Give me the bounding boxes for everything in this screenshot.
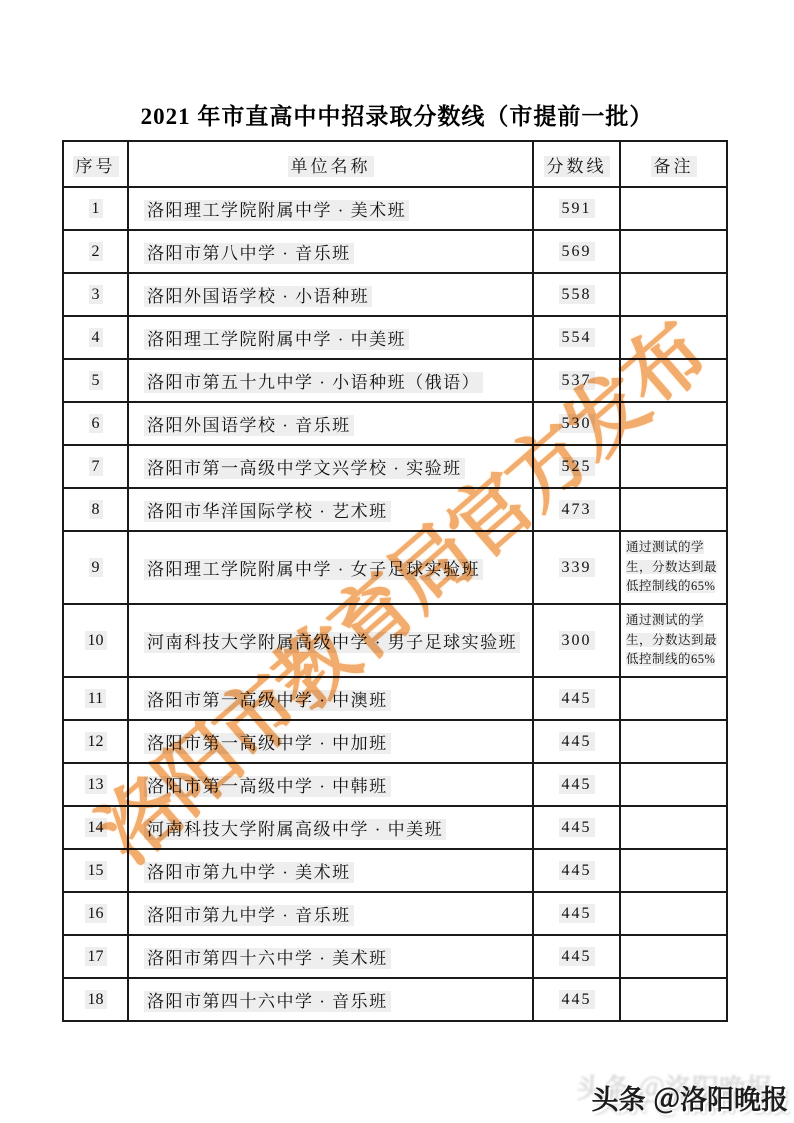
- table-row: 11洛阳市第一高级中学 · 中澳班445: [63, 677, 727, 720]
- cell-unit-name-text: 洛阳市第五十九中学 · 小语种班（俄语）: [144, 372, 483, 393]
- table-row: 13洛阳市第一高级中学 · 中韩班445: [63, 763, 727, 806]
- cell-serial-number: 15: [63, 849, 128, 892]
- cell-score-line-text: 445: [559, 990, 595, 1009]
- table-row: 14河南科技大学附属高级中学 · 中美班445: [63, 806, 727, 849]
- cell-unit-name-text: 洛阳市第八中学 · 音乐班: [144, 243, 354, 264]
- cell-unit-name-text: 洛阳外国语学校 · 小语种班: [144, 286, 372, 307]
- cell-remark-text: 通过测试的学生，分数达到最低控制线的65%: [626, 613, 717, 666]
- table-header: 序号 单位名称 分数线 备注: [63, 141, 727, 187]
- cell-serial-number: 18: [63, 978, 128, 1021]
- cell-serial-number-text: 18: [85, 990, 107, 1009]
- toutiao-watermark-text: 头条 ＠洛阳晚报: [591, 1085, 788, 1115]
- cell-unit-name: 洛阳理工学院附属中学 · 美术班: [128, 187, 533, 230]
- cell-unit-name: 洛阳外国语学校 · 小语种班: [128, 273, 533, 316]
- cell-serial-number-text: 8: [89, 500, 103, 519]
- cell-score-line-text: 445: [559, 947, 595, 966]
- cell-unit-name-text: 洛阳市第一高级中学 · 中韩班: [144, 776, 391, 797]
- cell-score-line-text: 558: [559, 285, 595, 304]
- cell-remark: [620, 230, 727, 273]
- cell-serial-number-text: 11: [85, 689, 106, 708]
- table-row: 8洛阳市华洋国际学校 · 艺术班473: [63, 488, 727, 531]
- cell-score-line: 525: [533, 445, 620, 488]
- cell-score-line-text: 445: [559, 904, 595, 923]
- cell-score-line: 445: [533, 849, 620, 892]
- table-row: 3洛阳外国语学校 · 小语种班558: [63, 273, 727, 316]
- header-score-line: 分数线: [533, 141, 620, 187]
- cell-score-line: 445: [533, 806, 620, 849]
- cell-serial-number: 2: [63, 230, 128, 273]
- cell-unit-name-text: 洛阳市第九中学 · 美术班: [144, 862, 354, 883]
- cell-remark: [620, 849, 727, 892]
- cell-remark: [620, 359, 727, 402]
- cell-serial-number: 3: [63, 273, 128, 316]
- cell-serial-number: 5: [63, 359, 128, 402]
- cell-score-line: 445: [533, 677, 620, 720]
- cell-score-line-text: 473: [559, 500, 595, 519]
- cell-unit-name: 洛阳外国语学校 · 音乐班: [128, 402, 533, 445]
- cell-score-line-text: 591: [559, 199, 595, 218]
- cell-serial-number: 12: [63, 720, 128, 763]
- cell-serial-number: 8: [63, 488, 128, 531]
- document-page: 2021 年市直高中中招录取分数线（市提前一批） 序号 单位名称 分数线 备注 …: [0, 0, 794, 1123]
- cell-unit-name: 洛阳市第五十九中学 · 小语种班（俄语）: [128, 359, 533, 402]
- cell-serial-number: 1: [63, 187, 128, 230]
- cell-score-line-text: 530: [559, 414, 595, 433]
- cell-serial-number-text: 6: [89, 414, 103, 433]
- header-unit-name: 单位名称: [128, 141, 533, 187]
- table-row: 16洛阳市第九中学 · 音乐班445: [63, 892, 727, 935]
- cell-serial-number-text: 1: [89, 199, 103, 218]
- cell-remark-text: 通过测试的学生，分数达到最低控制线的65%: [626, 540, 717, 593]
- cell-serial-number-text: 2: [89, 242, 103, 261]
- cell-serial-number: 16: [63, 892, 128, 935]
- cell-score-line-text: 569: [559, 242, 595, 261]
- cell-score-line-text: 445: [559, 775, 595, 794]
- cell-remark: [620, 316, 727, 359]
- cell-unit-name-text: 洛阳市第四十六中学 · 音乐班: [144, 991, 391, 1012]
- cell-unit-name: 河南科技大学附属高级中学 · 男子足球实验班: [128, 604, 533, 677]
- cell-unit-name: 洛阳市第一高级中学文兴学校 · 实验班: [128, 445, 533, 488]
- table-header-row: 序号 单位名称 分数线 备注: [63, 141, 727, 187]
- cell-score-line: 537: [533, 359, 620, 402]
- cell-serial-number-text: 3: [89, 285, 103, 304]
- cell-score-line: 569: [533, 230, 620, 273]
- toutiao-watermark: 头条 ＠洛阳晚报 头条 ＠洛阳晚报: [591, 1078, 788, 1117]
- cell-remark: [620, 445, 727, 488]
- cell-unit-name: 洛阳市华洋国际学校 · 艺术班: [128, 488, 533, 531]
- cell-unit-name-text: 洛阳外国语学校 · 音乐班: [144, 415, 354, 436]
- cell-remark: [620, 806, 727, 849]
- cell-serial-number: 9: [63, 531, 128, 604]
- cell-unit-name-text: 洛阳市华洋国际学校 · 艺术班: [144, 501, 391, 522]
- cell-score-line: 554: [533, 316, 620, 359]
- cell-serial-number-text: 12: [85, 732, 107, 751]
- cell-score-line: 445: [533, 978, 620, 1021]
- cell-score-line-text: 339: [559, 558, 595, 577]
- cell-serial-number-text: 15: [85, 861, 107, 880]
- cell-unit-name: 洛阳理工学院附属中学 · 中美班: [128, 316, 533, 359]
- cell-serial-number-text: 10: [85, 631, 107, 650]
- cell-serial-number-text: 17: [85, 947, 107, 966]
- cell-serial-number-text: 5: [89, 371, 103, 390]
- header-score-line-text: 分数线: [544, 156, 610, 177]
- cell-remark: [620, 187, 727, 230]
- table-body: 1洛阳理工学院附属中学 · 美术班5912洛阳市第八中学 · 音乐班5693洛阳…: [63, 187, 727, 1021]
- cell-score-line-text: 445: [559, 689, 595, 708]
- cell-unit-name-text: 洛阳市第一高级中学 · 中澳班: [144, 690, 391, 711]
- cell-unit-name-text: 洛阳市第四十六中学 · 美术班: [144, 948, 391, 969]
- cell-unit-name-text: 洛阳市第一高级中学 · 中加班: [144, 733, 391, 754]
- cell-score-line: 591: [533, 187, 620, 230]
- cell-serial-number-text: 7: [89, 457, 103, 476]
- cell-serial-number: 13: [63, 763, 128, 806]
- cell-score-line: 300: [533, 604, 620, 677]
- cell-serial-number-text: 16: [85, 904, 107, 923]
- cell-unit-name-text: 洛阳市第九中学 · 音乐班: [144, 905, 354, 926]
- cell-unit-name: 洛阳市第一高级中学 · 中加班: [128, 720, 533, 763]
- table-row: 7洛阳市第一高级中学文兴学校 · 实验班525: [63, 445, 727, 488]
- cell-unit-name-text: 河南科技大学附属高级中学 · 男子足球实验班: [144, 632, 520, 653]
- table-row: 4洛阳理工学院附属中学 · 中美班554: [63, 316, 727, 359]
- cell-serial-number: 11: [63, 677, 128, 720]
- cell-score-line: 445: [533, 935, 620, 978]
- cell-unit-name: 洛阳市第四十六中学 · 美术班: [128, 935, 533, 978]
- cell-score-line-text: 525: [559, 457, 595, 476]
- cell-serial-number: 6: [63, 402, 128, 445]
- cell-serial-number-text: 4: [89, 328, 103, 347]
- cell-serial-number: 17: [63, 935, 128, 978]
- cell-remark: [620, 935, 727, 978]
- cell-serial-number-text: 14: [85, 818, 107, 837]
- header-serial-number: 序号: [63, 141, 128, 187]
- table-row: 1洛阳理工学院附属中学 · 美术班591: [63, 187, 727, 230]
- cell-unit-name: 洛阳理工学院附属中学 · 女子足球实验班: [128, 531, 533, 604]
- cell-score-line: 445: [533, 720, 620, 763]
- cell-score-line-text: 537: [559, 371, 595, 390]
- cell-serial-number-text: 13: [85, 775, 107, 794]
- cell-score-line: 445: [533, 763, 620, 806]
- table-row: 2洛阳市第八中学 · 音乐班569: [63, 230, 727, 273]
- cell-unit-name: 洛阳市第一高级中学 · 中澳班: [128, 677, 533, 720]
- cell-score-line-text: 445: [559, 861, 595, 880]
- cell-unit-name-text: 洛阳理工学院附属中学 · 美术班: [144, 200, 409, 221]
- table-row: 17洛阳市第四十六中学 · 美术班445: [63, 935, 727, 978]
- table-row: 12洛阳市第一高级中学 · 中加班445: [63, 720, 727, 763]
- cell-serial-number-text: 9: [89, 558, 103, 577]
- cell-serial-number: 14: [63, 806, 128, 849]
- cell-unit-name: 洛阳市第一高级中学 · 中韩班: [128, 763, 533, 806]
- cell-unit-name-text: 河南科技大学附属高级中学 · 中美班: [144, 819, 446, 840]
- cell-remark: [620, 402, 727, 445]
- cell-unit-name-text: 洛阳市第一高级中学文兴学校 · 实验班: [144, 458, 465, 479]
- cell-serial-number: 10: [63, 604, 128, 677]
- cell-score-line-text: 554: [559, 328, 595, 347]
- table-row: 10河南科技大学附属高级中学 · 男子足球实验班300通过测试的学生，分数达到最…: [63, 604, 727, 677]
- score-table: 序号 单位名称 分数线 备注 1洛阳理工学院附属中学 · 美术班5912洛阳市第…: [62, 140, 728, 1022]
- header-remark-text: 备注: [651, 156, 697, 177]
- header-unit-name-text: 单位名称: [288, 156, 374, 177]
- cell-remark: [620, 763, 727, 806]
- cell-unit-name: 洛阳市第九中学 · 美术班: [128, 849, 533, 892]
- cell-unit-name-text: 洛阳理工学院附属中学 · 中美班: [144, 329, 409, 350]
- cell-unit-name: 洛阳市第四十六中学 · 音乐班: [128, 978, 533, 1021]
- page-title: 2021 年市直高中中招录取分数线（市提前一批）: [0, 98, 794, 131]
- cell-score-line-text: 445: [559, 732, 595, 751]
- header-serial-number-text: 序号: [73, 156, 119, 177]
- cell-unit-name-text: 洛阳理工学院附属中学 · 女子足球实验班: [144, 559, 483, 580]
- cell-score-line: 530: [533, 402, 620, 445]
- cell-serial-number: 7: [63, 445, 128, 488]
- cell-serial-number: 4: [63, 316, 128, 359]
- cell-unit-name: 洛阳市第九中学 · 音乐班: [128, 892, 533, 935]
- table-row: 9洛阳理工学院附属中学 · 女子足球实验班339通过测试的学生，分数达到最低控制…: [63, 531, 727, 604]
- table-row: 18洛阳市第四十六中学 · 音乐班445: [63, 978, 727, 1021]
- table-row: 15洛阳市第九中学 · 美术班445: [63, 849, 727, 892]
- table-row: 6洛阳外国语学校 · 音乐班530: [63, 402, 727, 445]
- cell-score-line: 558: [533, 273, 620, 316]
- cell-remark: [620, 978, 727, 1021]
- cell-unit-name: 河南科技大学附属高级中学 · 中美班: [128, 806, 533, 849]
- cell-score-line: 339: [533, 531, 620, 604]
- header-remark: 备注: [620, 141, 727, 187]
- cell-remark: [620, 892, 727, 935]
- cell-score-line: 445: [533, 892, 620, 935]
- cell-remark: 通过测试的学生，分数达到最低控制线的65%: [620, 604, 727, 677]
- cell-score-line: 473: [533, 488, 620, 531]
- cell-remark: [620, 677, 727, 720]
- cell-remark: [620, 720, 727, 763]
- cell-remark: [620, 488, 727, 531]
- cell-remark: 通过测试的学生，分数达到最低控制线的65%: [620, 531, 727, 604]
- cell-remark: [620, 273, 727, 316]
- table-row: 5洛阳市第五十九中学 · 小语种班（俄语）537: [63, 359, 727, 402]
- cell-score-line-text: 445: [559, 818, 595, 837]
- cell-unit-name: 洛阳市第八中学 · 音乐班: [128, 230, 533, 273]
- cell-score-line-text: 300: [559, 631, 595, 650]
